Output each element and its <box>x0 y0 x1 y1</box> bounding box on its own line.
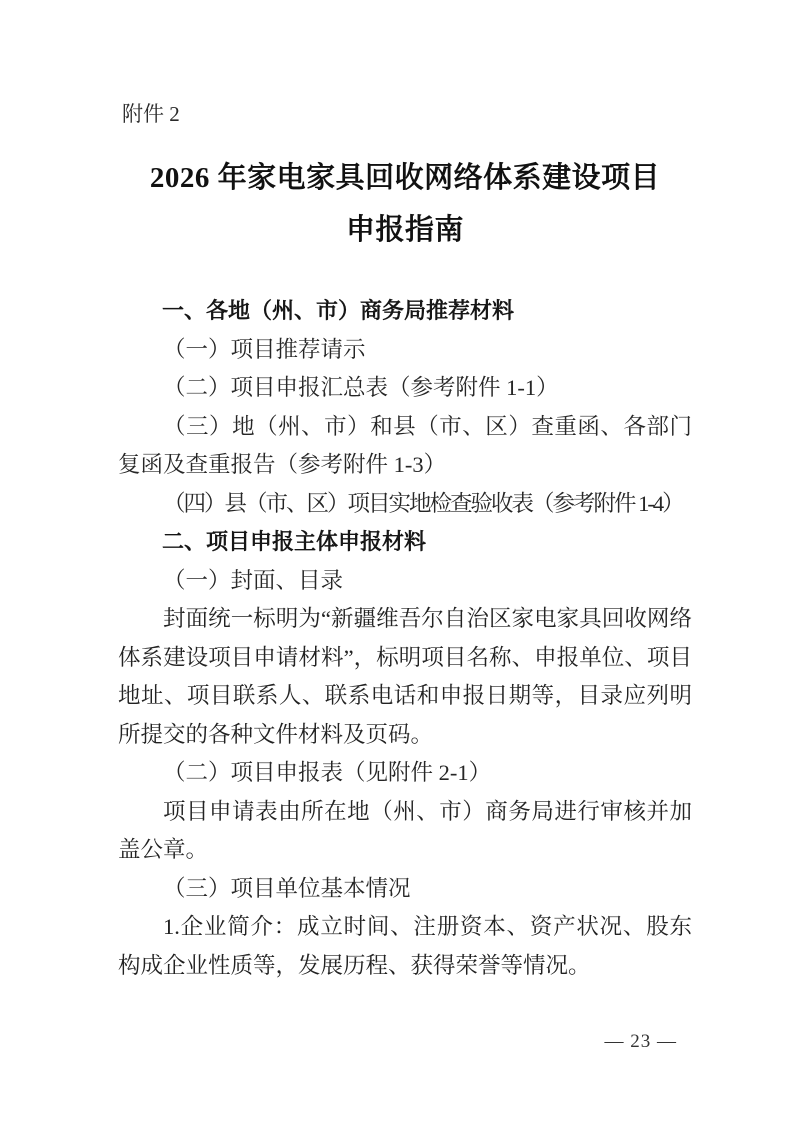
paragraph-cover-description: 封面统一标明为“新疆维吾尔自治区家电家具回收网络体系建设项目申请材料”，标明项目… <box>118 600 692 754</box>
section-heading-2: 二、项目申报主体申报材料 <box>118 523 692 562</box>
attachment-label: 附件 2 <box>122 100 180 128</box>
document-title-line-1: 2026 年家电家具回收网络体系建设项目 <box>118 152 692 204</box>
list-item-2-2: （二）项目申报表（见附件 2-1） <box>118 754 692 793</box>
list-item-1-1: （一）项目推荐请示 <box>118 331 692 370</box>
list-item-1-3: （三）地（州、市）和县（市、区）查重函、各部门复函及查重报告（参考附件 1-3） <box>118 408 692 485</box>
list-item-2-1: （一）封面、目录 <box>118 562 692 601</box>
paragraph-company-profile: 1.企业简介：成立时间、注册资本、资产状况、股东构成企业性质等，发展历程、获得荣… <box>118 908 692 985</box>
section-heading-1: 一、各地（州、市）商务局推荐材料 <box>118 292 692 331</box>
document-title: 2026 年家电家具回收网络体系建设项目 申报指南 <box>118 152 692 256</box>
list-item-1-2: （二）项目申报汇总表（参考附件 1-1） <box>118 369 692 408</box>
paragraph-application-form: 项目申请表由所在地（州、市）商务局进行审核并加盖公章。 <box>118 793 692 870</box>
document-title-line-2: 申报指南 <box>118 204 692 256</box>
list-item-1-4: （四）县（市、区）项目实地检查验收表（参考附件 1-4） <box>118 485 692 524</box>
document-page: 附件 2 2026 年家电家具回收网络体系建设项目 申报指南 一、各地（州、市）… <box>0 0 793 1122</box>
page-number: — 23 — <box>605 1030 678 1054</box>
document-body: 一、各地（州、市）商务局推荐材料 （一）项目推荐请示 （二）项目申报汇总表（参考… <box>118 292 692 985</box>
list-item-2-3: （三）项目单位基本情况 <box>118 870 692 909</box>
